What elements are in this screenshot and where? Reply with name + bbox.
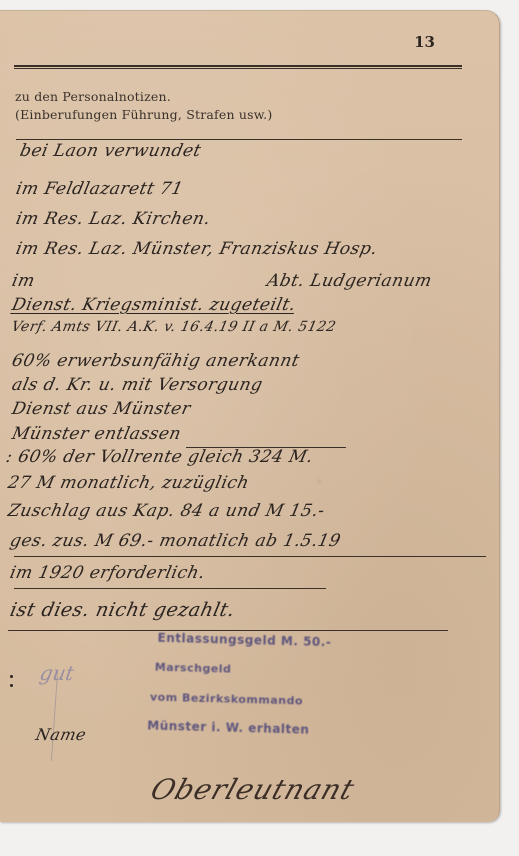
entry-reserve-hospital-muenster: im Res. Laz. Münster, Franziskus Hosp. bbox=[14, 239, 379, 259]
page-number: 13 bbox=[414, 33, 435, 51]
entry-full-pension: : 60% der Vollrente gleich 324 M. bbox=[4, 447, 315, 467]
entry-monthly: 27 M monatlich, zuzüglich bbox=[6, 473, 251, 493]
stamp-line-1: Entlassungsgeld M. 50.- bbox=[157, 631, 331, 650]
document-page: 13 zu den Personalnotizen. (Einberufunge… bbox=[0, 10, 500, 822]
margin-mark bbox=[10, 675, 13, 678]
ruled-line bbox=[14, 588, 326, 589]
entry-ludgerianum: Abt. Ludgerianum bbox=[265, 271, 434, 291]
entry-im: im bbox=[10, 271, 37, 291]
stamp-line-2: Marschgeld bbox=[155, 661, 232, 676]
ruled-line bbox=[16, 139, 462, 140]
entry-field-hospital: im Feldlazarett 71 bbox=[14, 179, 185, 199]
entry-service-muenster: Dienst aus Münster bbox=[10, 399, 193, 419]
entry-discharged: Münster entlassen bbox=[10, 424, 183, 444]
section-subheading: (Einberufungen Führung, Strafen usw.) bbox=[15, 107, 272, 122]
header-double-rule bbox=[14, 65, 462, 69]
section-heading: zu den Personalnotizen. bbox=[15, 89, 171, 104]
entry-reserve-hospital-kirchen: im Res. Laz. Kirchen. bbox=[14, 209, 212, 229]
entry-wounded: bei Laon verwundet bbox=[18, 141, 203, 161]
entry-total: ges. zus. M 69.- monatlich ab 1.5.19 bbox=[8, 531, 343, 551]
entry-text: bei Laon verwundet bbox=[18, 141, 203, 161]
entry-disability: 60% erwerbsunfähig anerkannt bbox=[10, 351, 301, 371]
ruled-line bbox=[14, 556, 486, 557]
stamp-line-4: Münster i. W. erhalten bbox=[147, 718, 310, 736]
entry-1920: im 1920 erforderlich. bbox=[8, 563, 207, 583]
officer-signature: Oberleutnant bbox=[147, 773, 359, 806]
margin-mark bbox=[10, 684, 13, 687]
stamp-line-3: vom Bezirkskommando bbox=[150, 691, 303, 708]
discharge-money-stamp: Entlassungsgeld M. 50.- Marschgeld vom B… bbox=[146, 620, 420, 777]
entry-pension: als d. Kr. u. mit Versorgung bbox=[10, 375, 265, 395]
entry-supplement: Zuschlag aus Kap. 84 a und M 15.- bbox=[6, 501, 327, 521]
margin-note-name: Name bbox=[34, 725, 88, 744]
entry-assigned: Dienst. Kriegsminist. zugeteilt. bbox=[10, 295, 298, 315]
entry-not-paid: ist dies. nicht gezahlt. bbox=[8, 599, 237, 621]
entry-decree: Verf. Amts VII. A.K. v. 16.4.19 II a M. … bbox=[10, 319, 338, 335]
